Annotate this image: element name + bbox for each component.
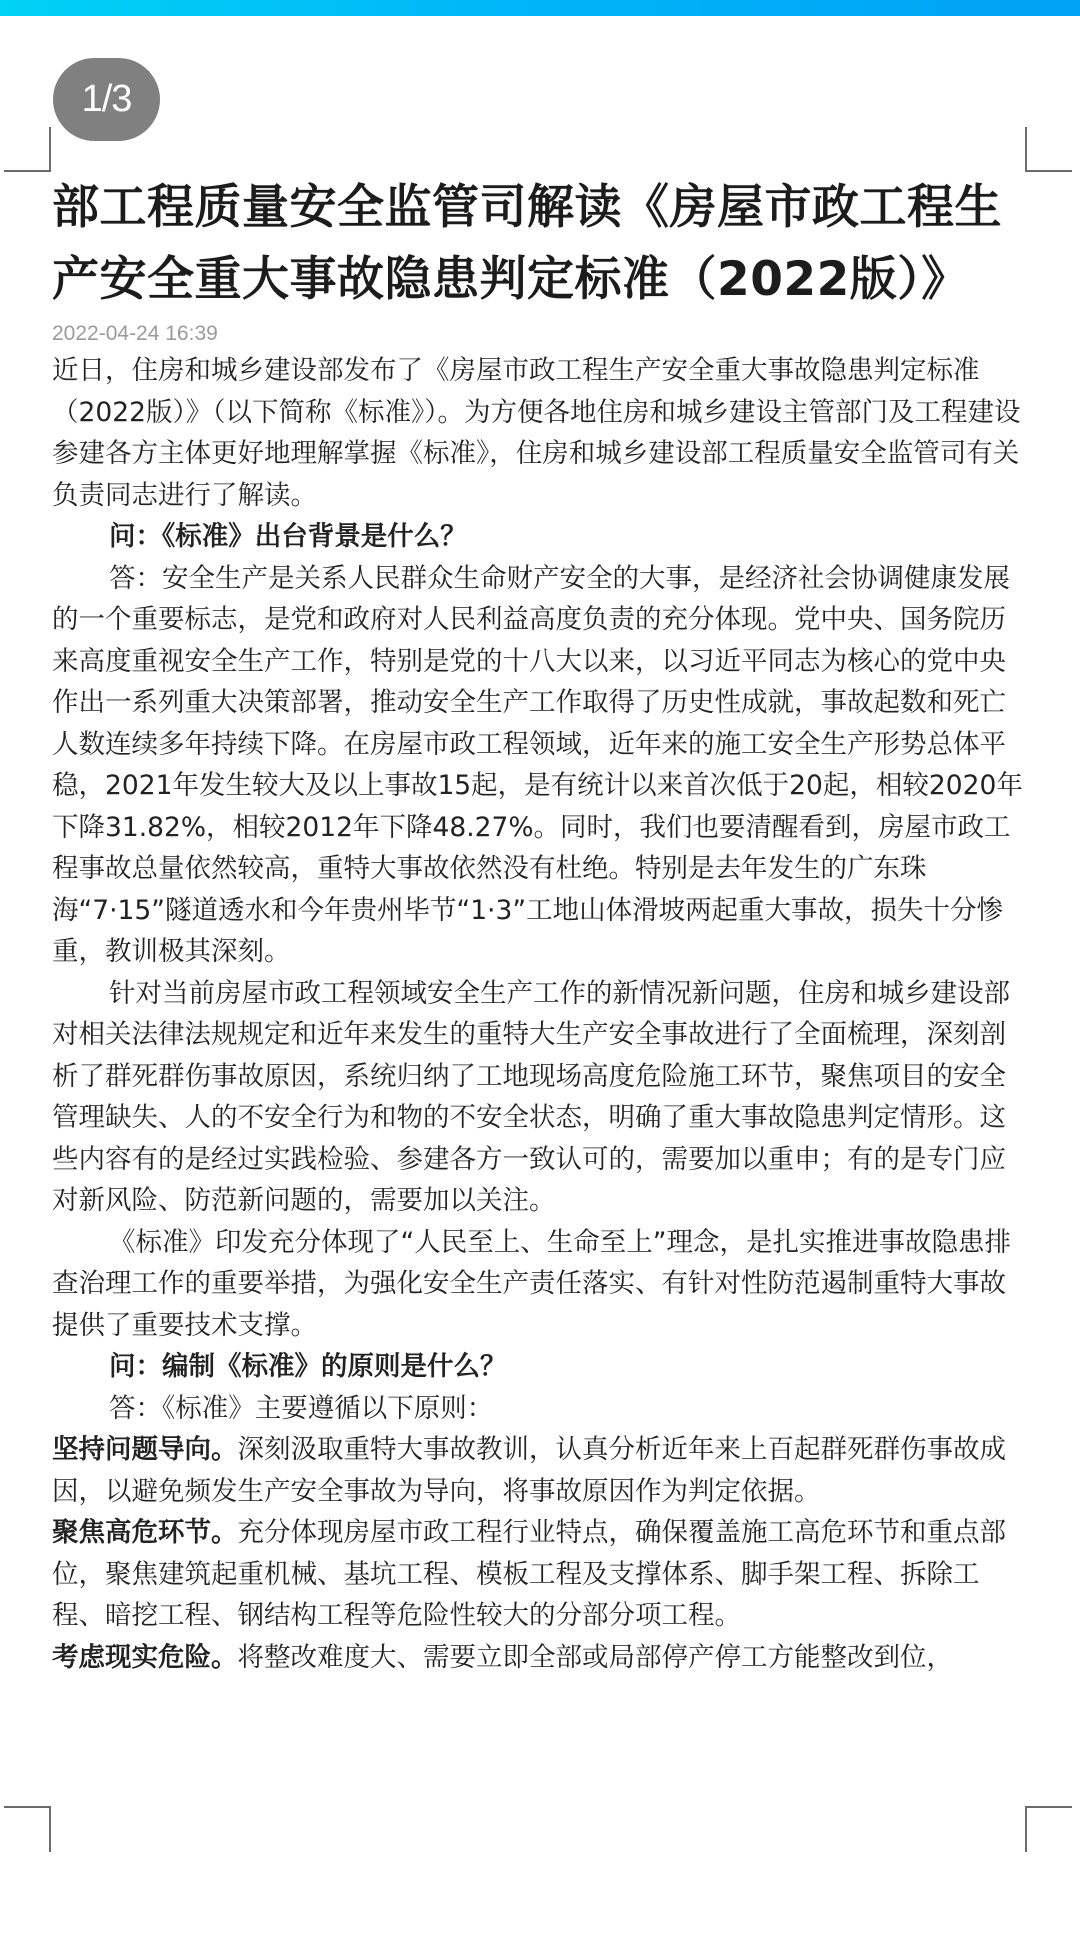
principle-text: 将整改难度大、需要立即全部或局部停产停工方能整改到位， <box>238 1642 954 1673</box>
article-body: 近日，住房和城乡建设部发布了《房屋市政工程生产安全重大事故隐患判定标准（2022… <box>52 350 1027 1678</box>
question-heading: 问：《标准》出台背景是什么？ <box>52 516 1027 558</box>
page-indicator-badge: 1/3 <box>53 58 160 141</box>
principle-lead: 聚焦高危环节。 <box>52 1517 238 1548</box>
crop-mark-top-left <box>4 127 51 172</box>
principle-lead: 坚持问题导向。 <box>52 1434 238 1465</box>
article: 部工程质量安全监管司解读《房屋市政工程生产安全重大事故隐患判定标准（2022版）… <box>52 172 1027 1678</box>
principle-lead: 考虑现实危险。 <box>52 1642 238 1673</box>
intro-paragraph: 近日，住房和城乡建设部发布了《房屋市政工程生产安全重大事故隐患判定标准（2022… <box>52 350 1027 516</box>
crop-mark-bottom-left <box>4 1806 51 1852</box>
crop-mark-bottom-right <box>1025 1806 1072 1852</box>
principle-item: 坚持问题导向。深刻汲取重特大事故教训，认真分析近年来上百起群死群伤事故成因，以避… <box>52 1429 1027 1512</box>
article-title: 部工程质量安全监管司解读《房屋市政工程生产安全重大事故隐患判定标准（2022版）… <box>52 172 1027 316</box>
answer-paragraph: 针对当前房屋市政工程领域安全生产工作的新情况新问题，住房和城乡建设部对相关法律法… <box>52 973 1027 1222</box>
answer-paragraph: 《标准》印发充分体现了“人民至上、生命至上”理念，是扎实推进事故隐患排查治理工作… <box>52 1222 1027 1347</box>
crop-mark-top-right <box>1025 127 1072 172</box>
principle-item: 聚焦高危环节。充分体现房屋市政工程行业特点，确保覆盖施工高危环节和重点部位，聚焦… <box>52 1512 1027 1637</box>
question-heading: 问：编制《标准》的原则是什么？ <box>52 1346 1027 1388</box>
answer-paragraph: 答：《标准》主要遵循以下原则： <box>52 1388 1027 1430</box>
top-accent-bar <box>0 0 1080 16</box>
answer-paragraph: 答：安全生产是关系人民群众生命财产安全的大事，是经济社会协调健康发展的一个重要标… <box>52 558 1027 973</box>
publish-timestamp: 2022-04-24 16:39 <box>52 320 1027 348</box>
principle-item: 考虑现实危险。将整改难度大、需要立即全部或局部停产停工方能整改到位， <box>52 1637 1027 1679</box>
